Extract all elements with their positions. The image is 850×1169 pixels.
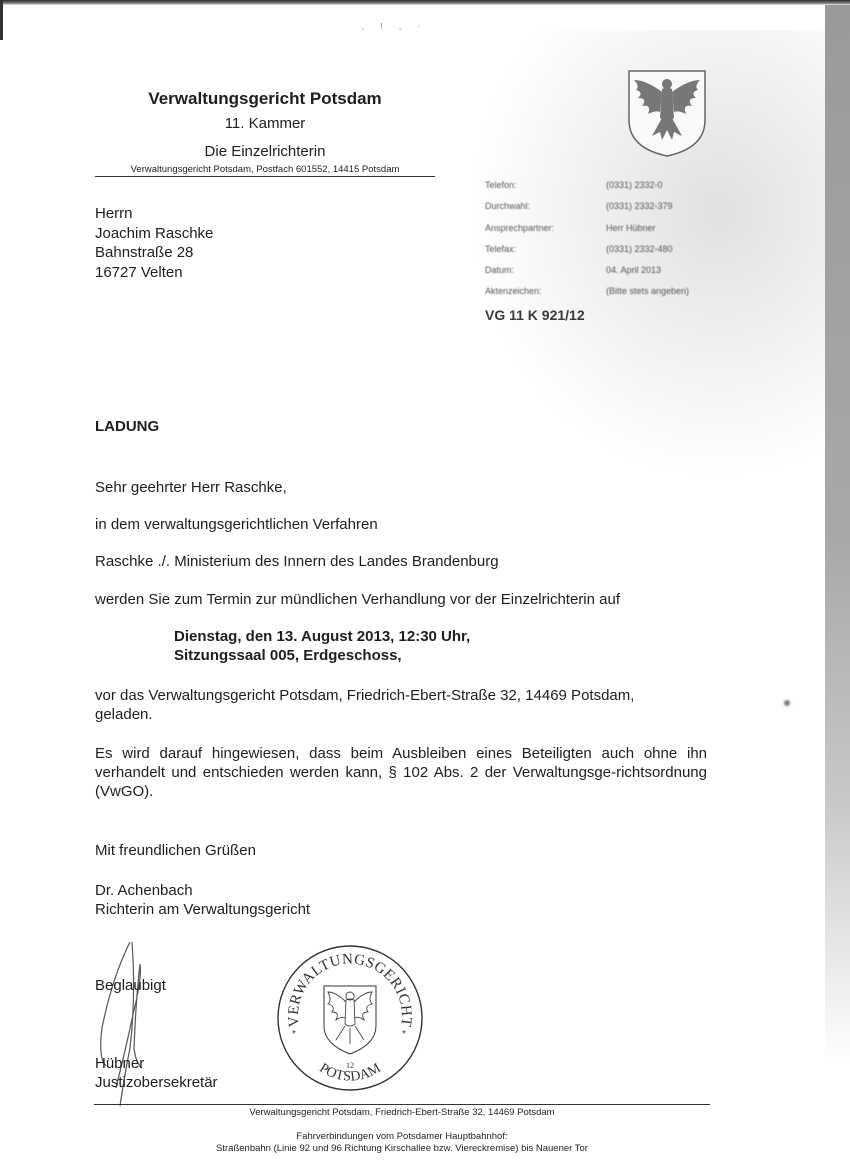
letterhead: Verwaltungsgericht Potsdam 11. Kammer Di… <box>95 88 435 177</box>
signer-title: Richterin am Verwaltungsgericht <box>95 900 707 919</box>
clerk-name: Hübner <box>95 1054 218 1073</box>
footer-transit-heading: Fahrverbindungen vom Potsdamer Hauptbahn… <box>94 1131 710 1142</box>
judge-role: Die Einzelrichterin <box>95 143 435 161</box>
appointment-details: Dienstag, den 13. August 2013, 12:30 Uhr… <box>174 627 470 665</box>
chamber: 11. Kammer <box>95 115 435 133</box>
closing: Mit freundlichen Grüßen <box>95 841 707 860</box>
recipient-salutation: Herrn <box>95 204 213 224</box>
scan-top-edge <box>0 0 850 5</box>
salutation: Sehr geehrter Herr Raschke, <box>95 478 707 497</box>
clerk-title: Justizobersekretär <box>95 1073 218 1092</box>
clerk-block: Hübner Justizobersekretär <box>95 1054 218 1092</box>
info-row-ansprechpartner: Ansprechpartner: Herr Hübner <box>485 221 689 242</box>
document-heading: LADUNG <box>95 417 707 436</box>
scan-specks: , ! , · <box>362 22 427 31</box>
scan-dot <box>784 700 790 706</box>
scan-right-edge <box>825 5 850 1065</box>
brandenburg-eagle-crest-icon <box>626 68 708 158</box>
footer-divider <box>94 1104 710 1105</box>
certification-label: Beglaubigt <box>95 977 166 994</box>
recipient-name: Joachim Raschke <box>95 224 213 244</box>
footer-transit-detail: Straßenbahn (Linie 92 und 96 Richtung Ki… <box>94 1143 710 1154</box>
recipient-address: Herrn Joachim Raschke Bahnstraße 28 1672… <box>95 204 213 282</box>
info-row-aktenzeichen: Aktenzeichen: (Bitte stets angeben) <box>485 284 689 305</box>
svg-text:*: * <box>402 1029 406 1040</box>
info-row-durchwahl: Durchwahl: (0331) 2332-379 <box>485 199 689 220</box>
signer-name: Dr. Achenbach <box>95 881 707 900</box>
recipient-city: 16727 Velten <box>95 263 213 283</box>
paragraph-summons: werden Sie zum Termin zur mündlichen Ver… <box>95 590 707 609</box>
appointment-date: Dienstag, den 13. August 2013, 12:30 Uhr… <box>174 627 470 646</box>
appointment-room: Sitzungssaal 005, Erdgeschoss, <box>174 646 470 665</box>
seal-number: 12 <box>346 1061 354 1070</box>
info-row-telefon: Telefon: (0331) 2332-0 <box>485 178 689 199</box>
info-row-telefax: Telefax: (0331) 2332-480 <box>485 242 689 263</box>
signer-block: Dr. Achenbach Richterin am Verwaltungsge… <box>95 881 707 919</box>
info-row-datum: Datum: 04. April 2013 <box>485 263 689 284</box>
court-name: Verwaltungsgericht Potsdam <box>95 88 435 110</box>
paragraph-location: vor das Verwaltungsgericht Potsdam, Frie… <box>95 686 707 724</box>
recipient-street: Bahnstraße 28 <box>95 243 213 263</box>
svg-text:*: * <box>292 1029 296 1040</box>
court-seal-icon: VERWALTUNGSGERICHT POTSDAM * * 12 <box>276 944 424 1092</box>
footer-address: Verwaltungsgericht Potsdam, Friedrich-Eb… <box>94 1107 710 1118</box>
scan-left-edge <box>0 0 3 40</box>
return-address: Verwaltungsgericht Potsdam, Postfach 601… <box>95 164 435 177</box>
paragraph-notice: Es wird darauf hingewiesen, dass beim Au… <box>95 744 707 801</box>
contact-info: Telefon: (0331) 2332-0 Durchwahl: (0331)… <box>485 178 689 306</box>
case-number: VG 11 K 921/12 <box>485 307 585 323</box>
paragraph-proceedings: in dem verwaltungsgerichtlichen Verfahre… <box>95 515 707 534</box>
paragraph-parties: Raschke ./. Ministerium des Innern des L… <box>95 552 707 571</box>
